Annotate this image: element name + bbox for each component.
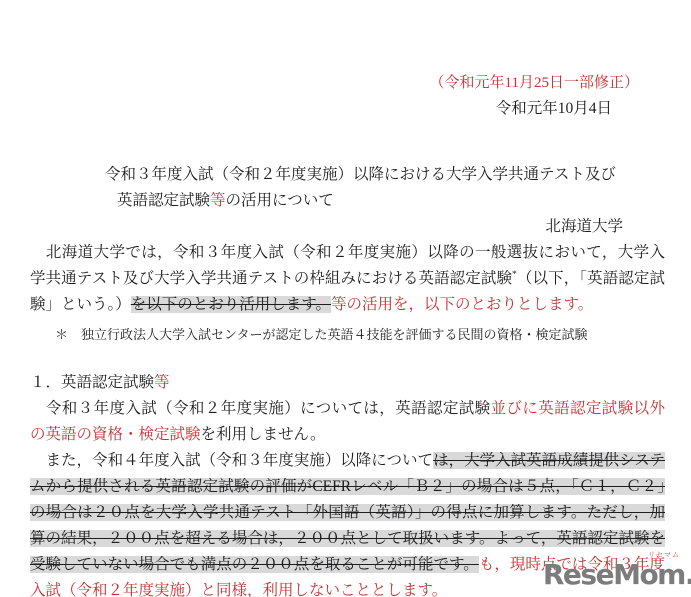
- resemom-watermark: リセマム ReseMom.: [543, 552, 691, 593]
- document-page: （令和元年11月25日一部修正） 令和元年10月4日 令和３年度入試（令和２年度…: [0, 0, 691, 597]
- text-run-r: 等: [210, 192, 226, 209]
- section-1-paragraph-1: 令和３年度入試（令和２年度実施）については，英語認定試験並びに英語認定試験以外の…: [0, 396, 691, 448]
- document-title: 令和３年度入試（令和２年度実施）以降における大学入学共通テスト及び 英語認定試験…: [0, 162, 691, 214]
- text-run-n: １．英語認定試験: [30, 374, 154, 391]
- author-line: 北海道大学: [0, 214, 691, 240]
- title-line-1: 令和３年度入試（令和２年度実施）以降における大学入学共通テスト及び: [0, 162, 691, 188]
- text-run-n: ＊ 独立行政法人大学入試センターが認定した英語４技能を評価する民間の資格・検定試…: [55, 327, 587, 342]
- intro-paragraph: 北海道大学では，令和３年度入試（令和２年度実施）以降の一般選抜において，大学入学…: [0, 240, 691, 318]
- text-run-n: 英語認定試験: [117, 192, 210, 209]
- text-run-n: を利用しません。: [201, 426, 326, 443]
- text-run-n: の活用について: [226, 192, 334, 209]
- text-run-n: 令和３年度入試（令和２年度実施）以降における大学入学共通テスト及び: [105, 166, 616, 183]
- resemom-logo: ReseMom.: [543, 558, 691, 591]
- footnote: ＊ 独立行政法人大学入試センターが認定した英語４技能を評価する民間の資格・検定試…: [0, 325, 691, 345]
- revision-note: （令和元年11月25日一部修正）: [0, 0, 691, 94]
- text-run-k: を以下のとおり活用します。: [131, 296, 331, 313]
- text-run-r: 等: [154, 374, 170, 391]
- date-line: 令和元年10月4日: [0, 98, 691, 120]
- title-line-2: 英語認定試験等の活用について: [0, 188, 691, 214]
- section-1-heading: １．英語認定試験等: [0, 370, 691, 396]
- text-run-r: 等の活用を，以下のとおりとします。: [331, 296, 593, 313]
- text-run-n: 令和３年度入試（令和２年度実施）については，英語認定試験: [30, 400, 491, 417]
- text-run-n: また，令和４年度入試（令和３年度実施）以降について: [30, 452, 433, 469]
- resemom-ruby-text: リセマム: [648, 552, 680, 559]
